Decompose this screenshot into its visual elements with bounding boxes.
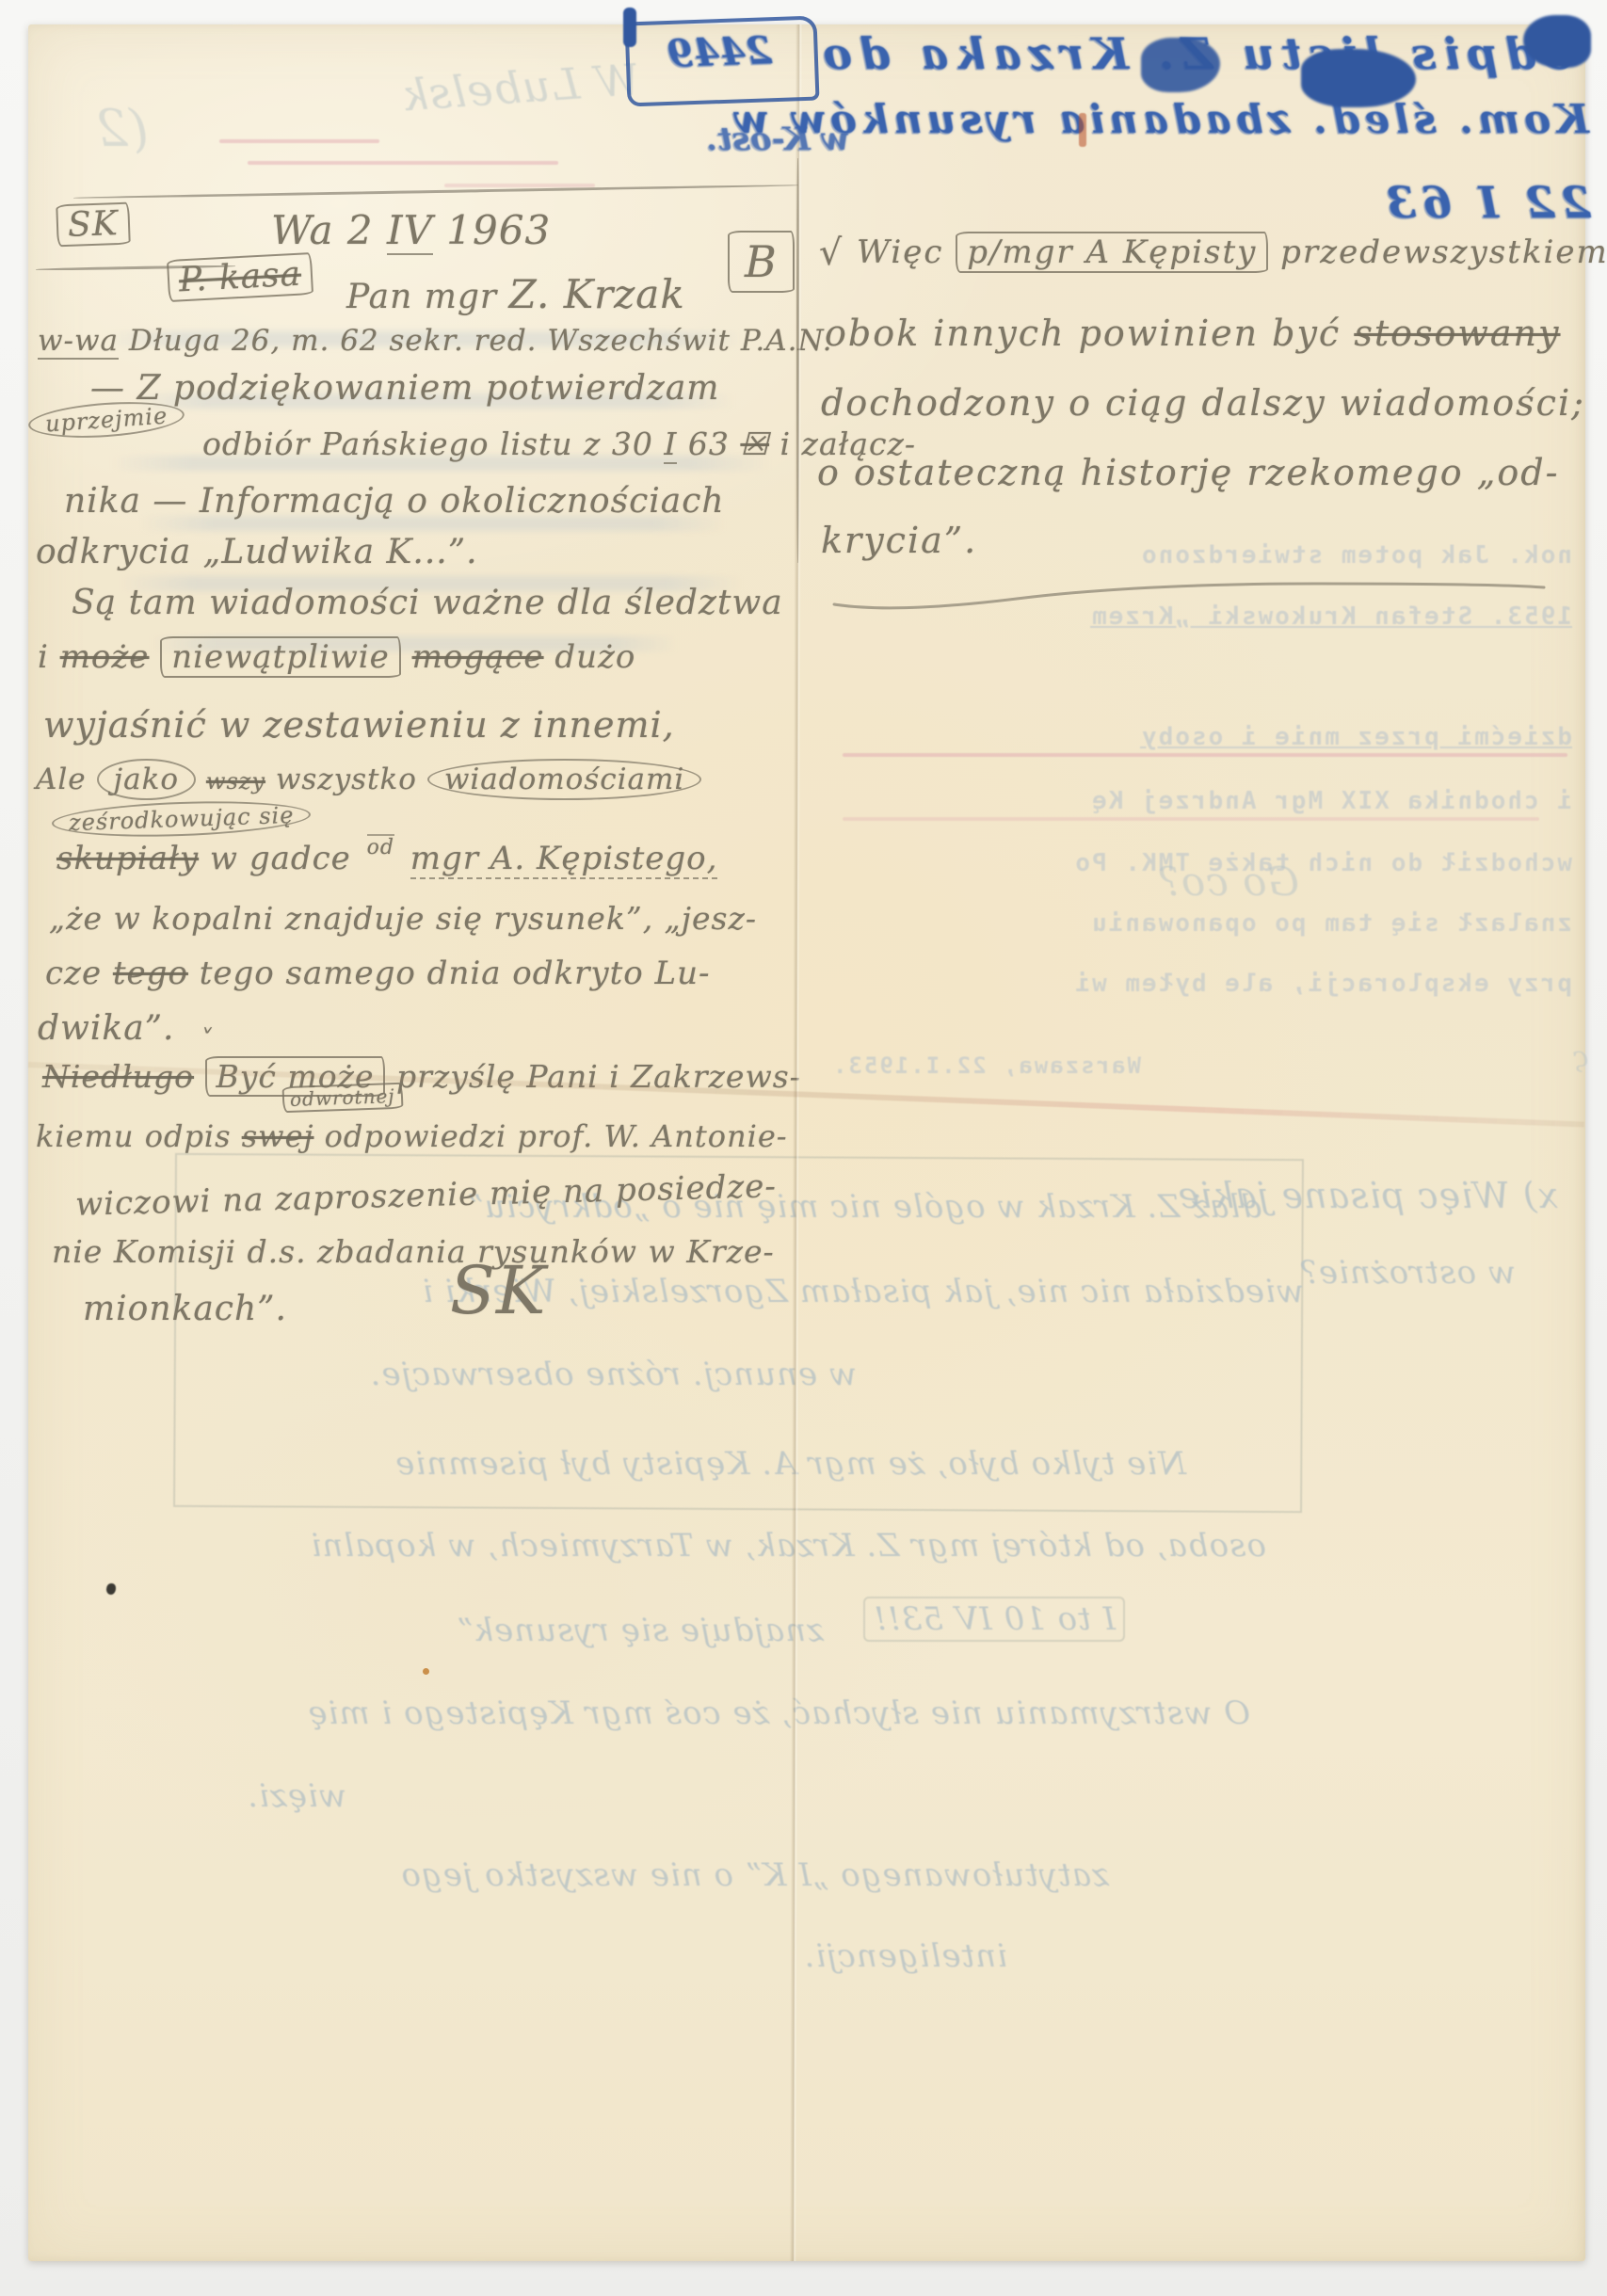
body-line: Ale jako wszy wszystko wiadomościami: [36, 759, 701, 800]
date-part: Wa 2: [271, 207, 374, 253]
body-line: Są tam wiadomości ważne dla śledztwa: [72, 584, 783, 622]
ink-blot: [1301, 49, 1416, 107]
deleted-mark: ☒: [740, 425, 769, 462]
deleted-word: może: [60, 638, 150, 676]
body-line: — Z podziękowaniem potwierdzam: [90, 369, 719, 408]
pink-underline: [444, 184, 595, 187]
initials-box: SK: [56, 202, 130, 248]
typed-bleed-date: Warszawa, 22.I.1953.: [830, 1052, 1141, 1079]
cancelled-note: P. kasa: [167, 252, 313, 302]
body-seg: odpowiedzi prof. W. Antonie-: [325, 1118, 788, 1154]
address-role: sekr. red. Wszechświt P.A.N.: [390, 324, 833, 358]
rust-mark: [1079, 113, 1086, 147]
note-line: o ostateczną historję rzekomego „od-: [817, 452, 1559, 493]
mirrored-pencil-line: znajduje się rysunek”: [240, 1612, 824, 1649]
note-line: Więc p/mgr A Kępisty przedewszystkiem: [857, 232, 1607, 273]
check-mark: √: [819, 232, 843, 273]
mirrored-pencil-line: wiedziała nic nie, jak pisałam Zgorzelsk…: [240, 1273, 1304, 1310]
ink-frame: 2449: [624, 15, 819, 106]
initials-box-label: SK: [56, 202, 130, 248]
body-seg: I: [664, 425, 677, 464]
circled-word: jako: [97, 759, 197, 800]
edge-pencil-mark: ς: [1555, 1041, 1589, 1074]
deleted-word: wszy: [206, 768, 265, 795]
salutation: Pan mgr Z. Krzak: [346, 271, 685, 317]
body-line: odbiór Pańskiego listu z 30 I 63 ☒ i zał…: [202, 425, 916, 462]
body-line: dwika”. ˅: [38, 1009, 200, 1048]
pink-underline: [219, 139, 379, 143]
body-seg: dużo: [554, 638, 635, 676]
body-line: nie Komisji d.s. zbadania rysunków w Krz…: [52, 1233, 775, 1270]
mirrored-pencil-line: więzi.: [139, 1777, 346, 1815]
typed-bleed-line: dziećmi przez mnie i osoby: [838, 723, 1572, 751]
deleted-word: mogące: [412, 638, 544, 676]
body-seg: dwika”.: [38, 1009, 175, 1048]
pink-underline: [248, 161, 558, 165]
body-line: i może niewątpliwie mogące dużo: [38, 636, 635, 678]
mirrored-pencil-note: x) Więc pisane jakie: [993, 1175, 1558, 1216]
mirrored-pencil-line: zatytułowanego „I K” o nie wszystko jego: [215, 1856, 1109, 1894]
body-seg: cze: [45, 955, 102, 992]
body-seg: 63: [688, 425, 730, 462]
mirrored-pencil-line: O wstrzymaniu nie słychać, że coś mgr Kę…: [139, 1694, 1250, 1732]
mirrored-pencil-line: w enuncj. różne obserwacje.: [311, 1356, 857, 1393]
deleted-word: stosowany: [1354, 313, 1560, 354]
note-seg: Więc: [857, 233, 943, 271]
mirrored-pencil-squiggle: Go co?: [1083, 859, 1299, 905]
underlined-name: mgr A. Kępistego,: [410, 840, 718, 879]
body-line: mionkach”.: [83, 1290, 287, 1328]
rust-speck: [423, 1668, 429, 1675]
circled-word: wiadomościami: [427, 759, 701, 800]
address-city: w-wa: [38, 324, 119, 360]
page-number-mark: (2: [83, 99, 149, 158]
body-seg: Ale: [36, 763, 87, 796]
body-seg: odbiór Pańskiego listu z 30: [202, 425, 653, 462]
body-line: wyjaśnić w zestawieniu z innemi,: [43, 704, 675, 746]
body-seg: i: [38, 638, 49, 676]
pink-underline: [843, 817, 1539, 821]
body-seg: w gadce: [210, 840, 351, 877]
body-seg: kiemu odpis: [36, 1118, 232, 1154]
body-seg: tego samego dnia odkryto Lu-: [200, 955, 711, 992]
signature: SK: [450, 1252, 546, 1329]
date-year: 1963: [446, 207, 551, 253]
address-line: w-wa Długa 26, m. 62 sekr. red. Wszechśw…: [38, 324, 833, 358]
boxed-name: p/mgr A Kępisty: [956, 232, 1268, 273]
body-seg: wszystko: [276, 763, 417, 796]
date-roman: IV: [387, 207, 433, 255]
body-line: nika — Informacją o okolicznościach: [64, 482, 725, 521]
mirrored-pencil-line: Nie tylko było, że mgr A. Kępisty był pi…: [301, 1445, 1186, 1483]
body-line: kiemu odpis swej odpowiedzi prof. W. Ant…: [36, 1118, 788, 1154]
b-box: B: [728, 231, 795, 293]
mirrored-pencil-boxed: I to 10 IV 53!!: [843, 1600, 1125, 1638]
b-box-label: B: [728, 231, 795, 293]
cancelled-note-label: P. kasa: [178, 255, 302, 300]
flourish-underline: [828, 563, 1553, 616]
body-line: cze tego tego samego dnia odkryto Lu-: [45, 955, 711, 992]
mirrored-pencil-note: w ostrożnie?: [1196, 1254, 1516, 1292]
deleted-word: skupiały: [56, 840, 199, 877]
boxed-word: niewątpliwie: [160, 636, 401, 678]
inserted-word-label: odwrotnej: [282, 1083, 403, 1113]
salutation-prefix: Pan mgr: [346, 278, 497, 316]
typed-bleed-line: i chodnika XIX Mgr Andrzej Kę: [838, 787, 1572, 815]
mirrored-pencil-line: osoba, od której mgr Z. Krzak, w Tarzymi…: [165, 1527, 1266, 1565]
body-line: skupiały w gadce od mgr A. Kępistego,: [56, 840, 717, 877]
mirrored-boxed-date: I to 10 IV 53!!: [863, 1597, 1125, 1642]
pink-underline: [843, 753, 1567, 757]
deleted-word: tego: [113, 955, 188, 992]
ink-mirrored-date: 22 I 63: [1337, 177, 1591, 228]
date-line: Wa 2 IV 1963: [271, 207, 551, 253]
ink-blot: [1523, 15, 1591, 68]
note-line: krycia”.: [821, 520, 977, 561]
ink-frame-number: 2449: [667, 28, 773, 76]
note-seg: przedewszystkiem: [1280, 233, 1607, 271]
ink-mirrored-line: Kom. śled. zbadania rysunków w: [808, 96, 1589, 142]
body-line: „że w kopalni znajduje się rysunek”, „je…: [49, 900, 757, 937]
inserted-word: odwrotnej: [282, 1083, 403, 1113]
address-street: Długa 26, m. 62: [129, 324, 379, 358]
recipient-name: Z. Krzak: [509, 271, 685, 317]
note-seg: obok innych powinien być: [825, 313, 1341, 354]
ink-mirrored-tail: w K-ost.: [576, 120, 849, 158]
typed-bleed-line: przy eksploracji, ale byłem wi: [838, 970, 1572, 998]
caret-mark: ˅: [201, 1025, 215, 1053]
typed-bleed-line: znalazł się tam po opanowaniu: [838, 909, 1572, 938]
superscript-word: od: [367, 834, 394, 859]
scanned-document: nok. Jak potem stwierdzono 1953. Stefan …: [0, 0, 1607, 2296]
mirrored-pencil-line: inteligencji.: [603, 1937, 1007, 1975]
note-line: dochodzony o ciąg dalszy wiadomości;: [821, 382, 1585, 424]
deleted-word: swej: [242, 1118, 314, 1154]
body-line: odkrycia „Ludwika K...”.: [36, 533, 478, 571]
note-line: obok innych powinien być stosowany: [825, 313, 1560, 354]
